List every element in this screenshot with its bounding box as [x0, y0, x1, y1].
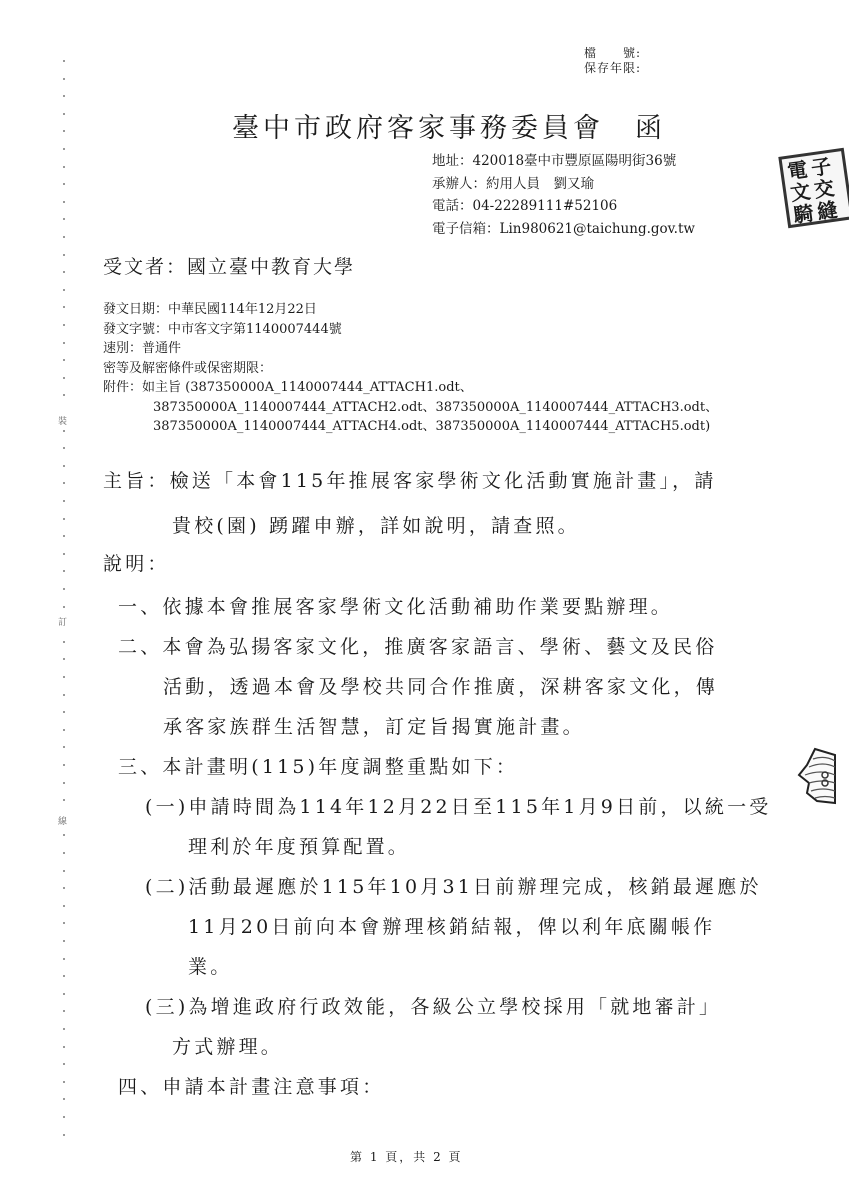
explanation-item-3-sub-2-line-2: 11月20日前向本會辦理核銷結報，俾以利年底關帳作: [188, 912, 715, 939]
binding-dot: [63, 306, 65, 308]
binding-dot: [63, 148, 65, 150]
binding-dot: [63, 975, 65, 977]
binding-dot: [63, 1081, 65, 1083]
contact-phone: 電話：04-22289111#52106: [432, 195, 695, 218]
binding-dot: [63, 430, 65, 432]
binding-dot: [63, 694, 65, 696]
binding-dot: [63, 535, 65, 537]
binding-dot: [63, 236, 65, 238]
binding-dot: [63, 394, 65, 396]
binding-dot: [63, 324, 65, 326]
binding-dot: [63, 905, 65, 907]
explanation-item-4: 四、申請本計畫注意事項：: [118, 1072, 384, 1099]
binding-margin: 裝 訂 線: [60, 60, 70, 1150]
binding-dot: [63, 95, 65, 97]
binding-dot: [63, 201, 65, 203]
binding-dot: [63, 1010, 65, 1012]
binding-dot: [63, 764, 65, 766]
binding-dot: [63, 1046, 65, 1048]
speed-class: 速別：普通件: [103, 339, 718, 359]
binding-dot: [63, 254, 65, 256]
subject-line-2: 貴校(園) 踴躍申辦，詳如說明，請查照。: [172, 511, 580, 538]
binding-dot: [63, 922, 65, 924]
explanation-item-3-sub-1-line-1: (一)申請時間為114年12月22日至115年1月9日前，以統一受: [145, 792, 772, 819]
binding-dot: [63, 711, 65, 713]
attachments-line-2: 387350000A_1140007444_ATTACH2.odt、387350…: [103, 398, 718, 418]
explanation-item-1: 一、依據本會推展客家學術文化活動補助作業要點辦理。: [118, 592, 673, 619]
binding-dot: [63, 289, 65, 291]
binding-dot: [63, 359, 65, 361]
explanation-item-2-line-3: 承客家族群生活智慧，訂定旨揭實施計畫。: [163, 712, 585, 739]
binding-dot: [63, 183, 65, 185]
binding-dot: [63, 940, 65, 942]
binding-dot: [63, 993, 65, 995]
contact-handler: 承辦人：約用人員 劉又瑜: [432, 173, 695, 196]
binding-dot: [63, 1063, 65, 1065]
file-meta: 檔 號: 保存年限:: [584, 46, 641, 76]
explanation-item-2-line-2: 活動，透過本會及學校共同合作推廣，深耕客家文化，傳: [163, 672, 718, 699]
document-meta: 發文日期：中華民國114年12月22日 發文字號：中市客文字第114000744…: [103, 300, 718, 437]
binding-dot: [63, 588, 65, 590]
binding-dot: [63, 218, 65, 220]
binding-char-top: 裝: [58, 414, 67, 427]
binding-dot: [63, 113, 65, 115]
attachments-line-3: 387350000A_1140007444_ATTACH4.odt、387350…: [103, 417, 718, 437]
binding-dot: [63, 518, 65, 520]
binding-dot: [63, 1116, 65, 1118]
binding-dot: [63, 130, 65, 132]
binding-dot: [63, 570, 65, 572]
binding-dot: [63, 729, 65, 731]
binding-dot: [63, 799, 65, 801]
binding-dot: [63, 1134, 65, 1136]
binding-dot: [63, 78, 65, 80]
recipient: 受文者：國立臺中教育大學: [103, 252, 355, 279]
page-indicator: 第 1 頁，共 2 頁: [350, 1148, 463, 1165]
binding-dot: [63, 500, 65, 502]
binding-dot: [63, 606, 65, 608]
explanation-item-3-sub-2-line-3: 業。: [188, 952, 232, 979]
binding-dot: [63, 658, 65, 660]
document-number: 發文字號：中市客文字第1140007444號: [103, 320, 718, 340]
binding-dot: [63, 166, 65, 168]
electronic-exchange-stamp-icon: 電 文 騎 子 交 縫: [778, 148, 849, 228]
binding-dot: [63, 447, 65, 449]
document-title: 臺中市政府客家事務委員會 函: [232, 106, 666, 145]
attachments-line-1: 附件：如主旨 (387350000A_1140007444_ATTACH1.od…: [103, 378, 718, 398]
explanation-item-3-sub-1-line-2: 理利於年度預算配置。: [188, 832, 410, 859]
binding-dot: [63, 641, 65, 643]
binding-dot: [63, 887, 65, 889]
binding-dot: [63, 1028, 65, 1030]
binding-dot: [63, 746, 65, 748]
confidentiality: 密等及解密條件或保密期限：: [103, 359, 718, 379]
subject-line-1: 主旨：檢送「本會115年推展客家學術文化活動實施計畫」，請: [103, 466, 717, 493]
stamp-char: 騎: [792, 202, 815, 227]
explanation-item-2-line-1: 二、本會為弘揚客家文化，推廣客家語言、學術、藝文及民俗: [118, 632, 717, 659]
seal-stamp-icon: [795, 745, 849, 805]
binding-dot: [63, 553, 65, 555]
contact-block: 地址：420018臺中市豐原區陽明街36號 承辦人：約用人員 劉又瑜 電話：04…: [432, 150, 695, 240]
binding-dot: [63, 1098, 65, 1100]
binding-dot: [63, 852, 65, 854]
binding-dot: [63, 482, 65, 484]
binding-dot: [63, 377, 65, 379]
binding-char-mid: 訂: [58, 615, 67, 628]
binding-dot: [63, 676, 65, 678]
binding-dot: [63, 60, 65, 62]
stamp-char: 縫: [816, 198, 839, 223]
file-number-label: 檔 號:: [584, 46, 641, 61]
retention-label: 保存年限:: [584, 61, 641, 76]
binding-dot: [63, 782, 65, 784]
binding-dot: [63, 465, 65, 467]
binding-dot: [63, 342, 65, 344]
binding-dot: [63, 271, 65, 273]
contact-email: 電子信箱：Lin980621@taichung.gov.tw: [432, 218, 695, 241]
contact-address: 地址：420018臺中市豐原區陽明街36號: [432, 150, 695, 173]
binding-dot: [63, 834, 65, 836]
explanation-item-3-sub-3-line-2: 方式辦理。: [172, 1032, 283, 1059]
issue-date: 發文日期：中華民國114年12月22日: [103, 300, 718, 320]
explanation-item-3-sub-2-line-1: (二)活動最遲應於115年10月31日前辦理完成，核銷最遲應於: [145, 872, 762, 899]
explanation-item-3-sub-3-line-1: (三)為增進政府行政效能，各級公立學校採用「就地審計」: [145, 992, 721, 1019]
binding-dot: [63, 958, 65, 960]
binding-char-bottom: 線: [58, 814, 67, 827]
explanation-heading: 說明：: [103, 549, 170, 576]
binding-dot: [63, 870, 65, 872]
explanation-item-3: 三、本計畫明(115)年度調整重點如下：: [118, 752, 518, 779]
